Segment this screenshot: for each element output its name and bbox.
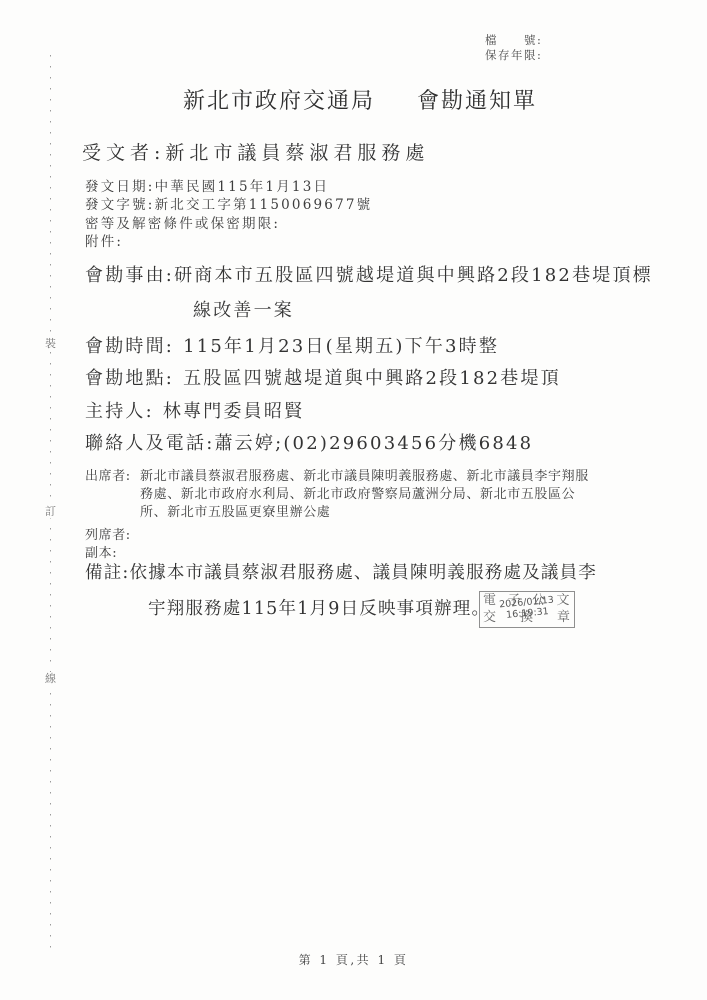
binding-mark-ding: 訂 <box>43 505 58 518</box>
recipient-row: 受文者:新北市議員蔡淑君服務處 <box>82 138 429 165</box>
attachment-label: 附件: <box>85 234 123 250</box>
contact-value: 蕭云婷;(02)29603456分機6848 <box>214 433 533 454</box>
binding-mark-xian: 線 <box>43 672 58 685</box>
attendees-value: 新北市議員蔡淑君服務處、新北市議員陳明義服務處、新北市議員李宇翔服務處、新北市政… <box>140 468 602 523</box>
document-page: 裝 訂 線 檔 號: 保存年限: 新北市政府交通局會勘通知單 受文者:新北市議員… <box>0 0 707 1000</box>
edoc-exchange-stamp: 電子公文 交換章 2026/01/13 16:19:31 <box>479 591 575 628</box>
observers-row: 列席者: <box>85 524 131 543</box>
binding-mark-zhuang: 裝 <box>43 337 58 350</box>
recipient-value: 新北市議員蔡淑君服務處 <box>165 142 429 164</box>
attachment-row: 附件: <box>85 233 372 251</box>
host-value: 林專門委員昭賢 <box>163 401 304 422</box>
survey-time-row: 會勘時間:115年1月23日(星期五)下午3時整 <box>85 332 499 358</box>
recipient-label: 受文者: <box>82 142 165 164</box>
security-label: 密等及解密條件或保密期限: <box>85 216 280 232</box>
remarks-line2: 宇翔服務處115年1月9日反映事項辦理。 <box>148 595 490 620</box>
issue-date-label: 發文日期: <box>85 179 155 195</box>
survey-location-label: 會勘地點: <box>85 368 174 389</box>
file-number-label: 檔 號: <box>485 33 542 48</box>
subject-line2: 線改善一案 <box>193 296 294 322</box>
contact-label: 聯絡人及電話: <box>85 433 214 454</box>
file-header: 檔 號: 保存年限: <box>485 33 542 62</box>
title-doc-type: 會勘通知單 <box>417 89 537 114</box>
subject-label: 會勘事由: <box>85 265 174 286</box>
observers-label: 列席者: <box>85 528 131 543</box>
attendees-row: 出席者: 新北市議員蔡淑君服務處、新北市議員陳明義服務處、新北市議員李宇翔服務處… <box>85 468 615 523</box>
remarks-row: 備註:依據本市議員蔡淑君服務處、議員陳明義服務處及議員李 <box>85 559 597 584</box>
doc-number-label: 發文字號: <box>85 197 155 213</box>
contact-row: 聯絡人及電話:蕭云婷;(02)29603456分機6848 <box>85 429 533 455</box>
doc-number-row: 發文字號:新北交工字第1150069677號 <box>85 196 372 214</box>
host-row: 主持人:林專門委員昭賢 <box>85 397 304 423</box>
survey-location-value: 五股區四號越堤道與中興路2段182巷堤頂 <box>183 368 561 389</box>
title-organization: 新北市政府交通局 <box>183 89 375 114</box>
page-footer: 第 1 頁,共 1 頁 <box>0 951 707 968</box>
remarks-line1: 依據本市議員蔡淑君服務處、議員陳明義服務處及議員李 <box>130 563 598 583</box>
doc-number-value: 新北交工字第1150069677號 <box>155 197 373 213</box>
binding-dotted-line <box>50 55 51 950</box>
issue-date-row: 發文日期:中華民國115年1月13日 <box>85 178 372 196</box>
subject-line1: 研商本市五股區四號越堤道與中興路2段182巷堤頂標 <box>174 265 653 286</box>
host-label: 主持人: <box>85 401 154 422</box>
survey-time-value: 115年1月23日(星期五)下午3時整 <box>183 336 499 357</box>
meta-block: 發文日期:中華民國115年1月13日 發文字號:新北交工字第1150069677… <box>85 178 372 252</box>
document-title: 新北市政府交通局會勘通知單 <box>183 84 537 115</box>
issue-date-value: 中華民國115年1月13日 <box>155 179 330 195</box>
retention-period-label: 保存年限: <box>485 48 542 63</box>
security-row: 密等及解密條件或保密期限: <box>85 215 372 233</box>
attendees-label: 出席者: <box>85 468 140 486</box>
survey-time-label: 會勘時間: <box>85 336 174 357</box>
survey-location-row: 會勘地點:五股區四號越堤道與中興路2段182巷堤頂 <box>85 364 561 390</box>
subject-row: 會勘事由:研商本市五股區四號越堤道與中興路2段182巷堤頂標 <box>85 261 653 287</box>
remarks-label: 備註: <box>85 563 130 583</box>
